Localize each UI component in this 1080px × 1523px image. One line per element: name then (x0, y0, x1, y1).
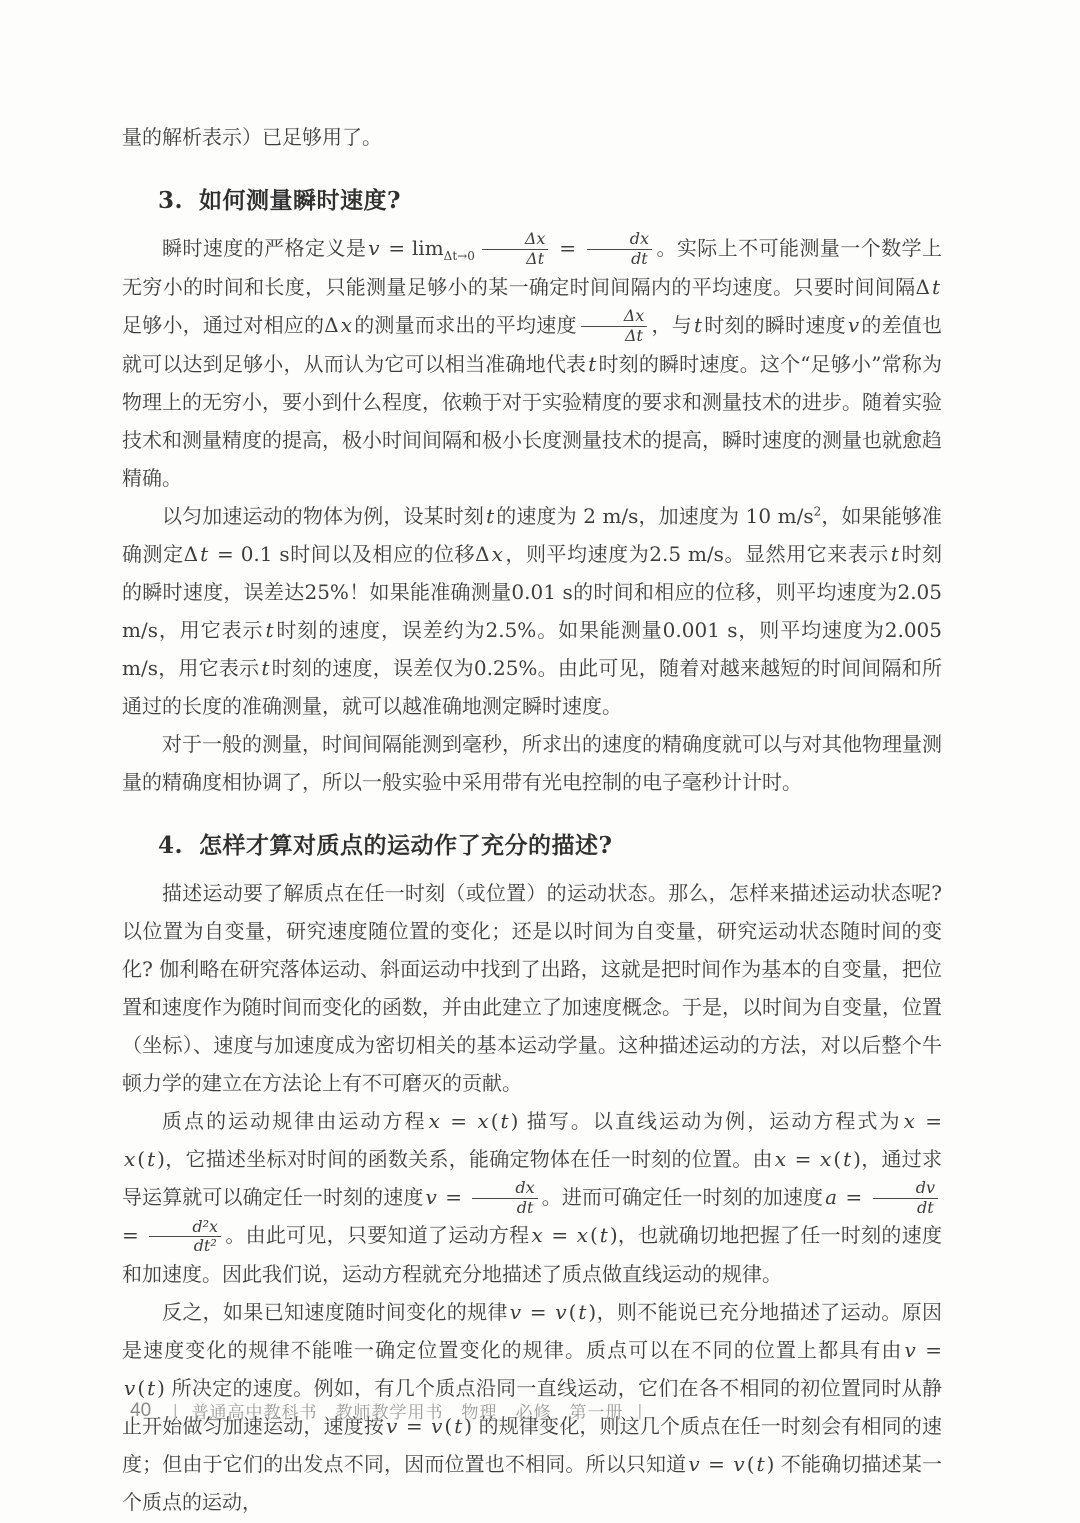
math-fraction: dxdt (472, 1180, 537, 1217)
footer-separator-right: | (638, 1401, 642, 1421)
math-variable: x (492, 542, 503, 566)
math-variable: x (124, 1147, 135, 1171)
math-variable: v (848, 313, 859, 337)
math-variable: v (425, 1185, 436, 1209)
math-fraction: dvdt (873, 1180, 938, 1217)
book-info-text: 普通高中教科书 教师教学用书 物理 必修 第一册 (192, 1398, 624, 1423)
section-3-title: 如何测量瞬时速度? (199, 187, 401, 214)
math-variable: t (486, 504, 494, 528)
math-variable: v (904, 1338, 915, 1362)
math-variable: t (600, 1223, 608, 1247)
math-variable: v (555, 1300, 566, 1324)
body-paragraph: 以匀加速运动的物体为例，设某时刻t的速度为 2 m/s，加速度为 10 m/s2… (122, 497, 942, 725)
math-variable: x (477, 1109, 488, 1133)
section-4-number: 4. (158, 832, 183, 859)
math-variable: x (820, 1147, 831, 1171)
page-number: 40 (130, 1400, 151, 1422)
math-variable: t (891, 542, 899, 566)
body-paragraph: 对于一般的测量，时间间隔能测到毫秒，所求出的速度的精确度就可以与对其他物理量测量… (122, 725, 942, 801)
body-paragraph: 质点的运动规律由运动方程x = x(t) 描写。以直线运动为例，运动方程式为x … (122, 1102, 942, 1294)
math-variable: t (501, 1109, 509, 1133)
math-variable: t (147, 1376, 155, 1400)
math-variable: x (577, 1223, 588, 1247)
body-paragraph: 描述运动要了解质点在任一时刻（或位置）的运动状态。那么，怎样来描述运动状态呢? … (122, 874, 942, 1102)
superscript: 2 (814, 504, 822, 518)
math-variable: x (531, 1223, 542, 1247)
footer-separator-left: | (173, 1401, 177, 1421)
math-variable: v (510, 1300, 521, 1324)
math-variable: t (200, 542, 208, 566)
math-variable: t (147, 1147, 155, 1171)
math-fraction: ΔxΔt (581, 308, 648, 345)
math-variable: v (124, 1376, 135, 1400)
math-variable: v (733, 1452, 744, 1476)
math-variable: t (261, 656, 269, 680)
math-variable: x (775, 1147, 786, 1171)
section-4-heading: 4.怎样才算对质点的运动作了充分的描述? (158, 827, 942, 860)
math-variable: t (588, 352, 596, 376)
section-4-title: 怎样才算对质点的运动作了充分的描述? (199, 832, 612, 859)
math-variable: t (757, 1452, 765, 1476)
document-page: 量的解析表示）已足够用了。 3.如何测量瞬时速度? 瞬时速度的严格定义是v = … (0, 0, 1080, 1523)
limit-subscript: Δt→0 (444, 249, 475, 263)
math-variable: x (904, 1109, 915, 1133)
math-fraction: dxdt (587, 231, 652, 268)
math-variable: x (341, 313, 352, 337)
section-3-number: 3. (158, 187, 183, 214)
page-footer: 40 | 普通高中教科书 教师教学用书 物理 必修 第一册 | (130, 1398, 642, 1423)
math-fraction: d²xdt² (149, 1219, 221, 1256)
math-variable: v (688, 1452, 699, 1476)
math-variable: t (578, 1300, 586, 1324)
continued-paragraph: 量的解析表示）已足够用了。 (122, 118, 942, 156)
section-3-heading: 3.如何测量瞬时速度? (158, 182, 942, 215)
math-variable: t (265, 618, 273, 642)
math-variable: v (368, 236, 379, 260)
math-variable: t (932, 275, 940, 299)
math-fraction: ΔxΔt (482, 231, 549, 268)
math-variable: t (843, 1147, 851, 1171)
math-variable: a (825, 1185, 837, 1209)
math-variable: x (429, 1109, 440, 1133)
body-paragraph: 瞬时速度的严格定义是v = limΔt→0ΔxΔt = dxdt。实际上不可能测… (122, 229, 942, 497)
math-variable: t (694, 313, 702, 337)
